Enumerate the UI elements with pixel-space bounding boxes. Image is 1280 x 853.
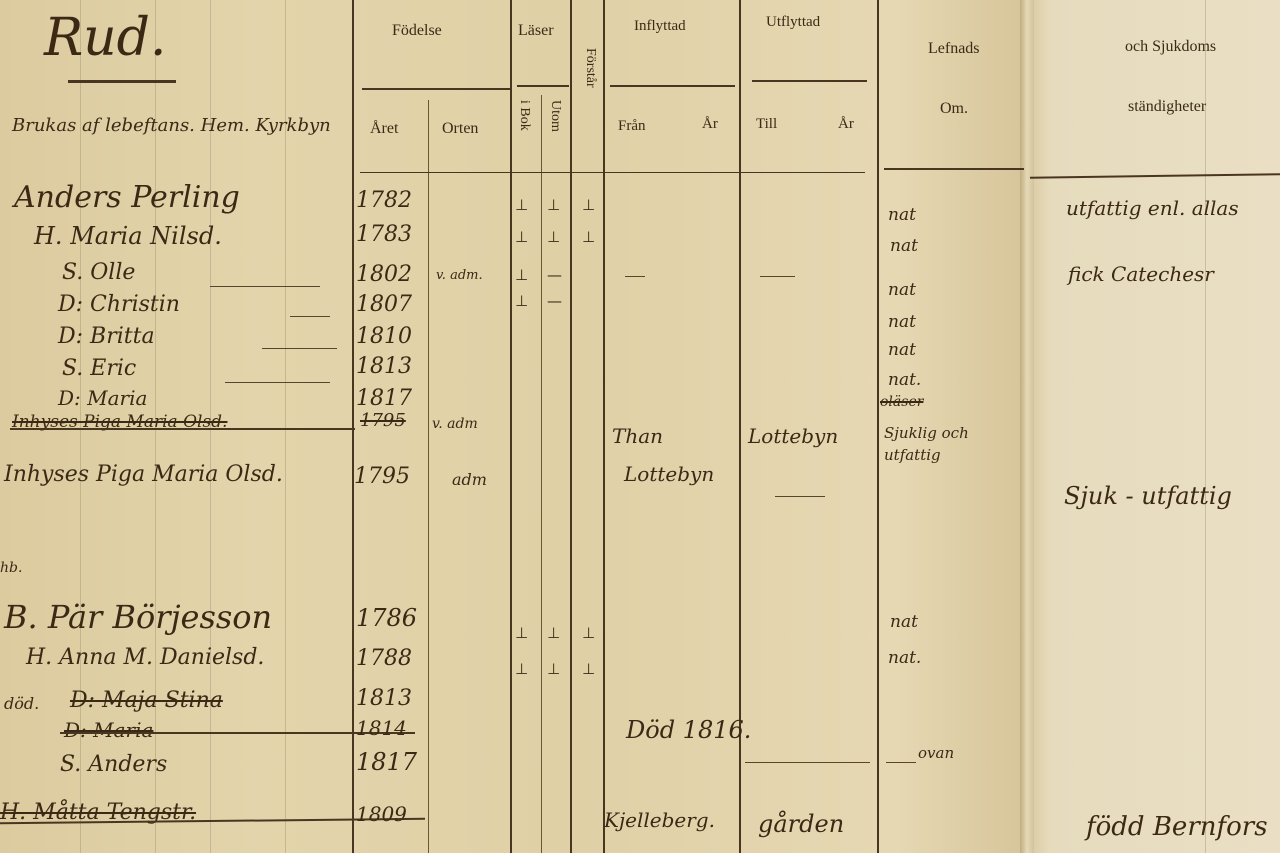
header-rule <box>752 80 867 82</box>
conduct-note: oläser <box>880 394 923 410</box>
death-note: Död 1816. <box>626 716 751 744</box>
death-mark: död. <box>4 694 39 713</box>
column-rule <box>877 0 879 853</box>
birth-place: adm <box>452 470 487 489</box>
reading-mark-forstar: ⊥ <box>582 228 595 246</box>
conduct-note: nat <box>890 612 918 632</box>
header-sjukdoms: och Sjukdoms <box>1125 38 1216 56</box>
conduct-note: nat <box>888 340 916 360</box>
dash <box>625 276 645 277</box>
birth-year: 1795 <box>354 464 410 489</box>
entry-name: H. Anna M. Danielsd. <box>26 645 264 670</box>
section-mark: hb. <box>0 560 22 576</box>
reading-mark-i-bok: ⊥ <box>515 624 528 642</box>
column-rule <box>510 0 512 853</box>
reading-mark-i-bok: ⊥ <box>515 266 528 284</box>
entry-name: D: Christin <box>58 292 180 317</box>
entry-name: D: Maria <box>58 386 147 410</box>
header-forstar: Förstår <box>582 48 598 88</box>
header-om: Om. <box>940 100 968 118</box>
dash <box>775 496 825 497</box>
birth-year: 1782 <box>356 188 412 213</box>
entry-name: B. Pär Börjesson <box>4 598 272 636</box>
title-underline <box>68 80 176 83</box>
reading-mark-utom: ⊥ <box>547 624 560 642</box>
remark: Sjuk - utfattig <box>1064 482 1232 510</box>
entry-name: D: Britta <box>58 324 155 349</box>
header-fran: Från <box>618 118 646 135</box>
faint-rule <box>1205 0 1206 853</box>
conduct-note: nat <box>888 280 916 300</box>
conduct-note: nat <box>888 312 916 332</box>
remark: utfattig enl. allas <box>1066 196 1239 220</box>
entry-name: S. Anders <box>60 752 167 777</box>
entry-name: S. Eric <box>62 356 136 381</box>
farm-title: Rud. <box>44 8 166 68</box>
dash <box>210 286 320 287</box>
header-till: Till <box>756 116 777 133</box>
reading-mark-utom: ⊥ <box>547 196 560 214</box>
conduct-note: Sjuklig och utfattig <box>884 422 1024 466</box>
header-inflyttad: Inflyttad <box>634 18 686 35</box>
birth-year: 1788 <box>356 646 412 671</box>
header-ar-ut: År <box>838 116 854 133</box>
birth-year: 1786 <box>356 604 417 632</box>
column-rule <box>352 0 354 853</box>
moved-from: Kjelleberg. <box>604 808 715 832</box>
header-rule <box>1030 173 1280 178</box>
moved-to: Lottebyn <box>748 424 838 448</box>
entry-name-struck: D: Maria <box>64 718 153 742</box>
dash <box>760 276 795 277</box>
header-rule <box>610 85 735 87</box>
header-rule <box>517 85 569 87</box>
entry-name: Brukas af lebeftans. Hem. Kyrkbyn <box>12 115 331 136</box>
reading-mark-forstar: ⊥ <box>582 196 595 214</box>
reading-mark-i-bok: ⊥ <box>515 196 528 214</box>
reading-mark-forstar: ⊥ <box>582 624 595 642</box>
dash <box>886 762 916 763</box>
strike-line <box>10 428 355 430</box>
birth-year: 1807 <box>356 292 412 317</box>
column-rule <box>603 0 605 853</box>
reading-mark-utom: ⊥ <box>547 660 560 678</box>
moved-from: Lottebyn <box>624 462 714 486</box>
birth-year: 1783 <box>356 222 412 247</box>
dash <box>225 382 330 383</box>
header-orten: Orten <box>442 120 478 138</box>
conduct-note: ovan <box>918 744 954 762</box>
header-rule <box>884 168 1024 170</box>
conduct-note: nat. <box>888 648 921 668</box>
column-rule <box>428 100 429 853</box>
header-utom: Utom <box>547 100 563 132</box>
header-ar-in: År <box>702 116 718 133</box>
dash <box>745 762 870 763</box>
reading-mark-utom: ⊥ <box>547 228 560 246</box>
reading-mark-i-bok: ⊥ <box>515 660 528 678</box>
birth-year: 1813 <box>356 686 412 711</box>
reading-mark-forstar: ⊥ <box>582 660 595 678</box>
birth-year: 1810 <box>356 324 412 349</box>
entry-name: Inhyses Piga Maria Olsd. <box>4 462 283 487</box>
entry-name-struck: D: Maja Stina <box>70 688 223 713</box>
reading-mark-i-bok: ⊥ <box>515 228 528 246</box>
header-rule <box>360 172 865 173</box>
header-aret: Året <box>370 120 398 138</box>
entry-name: Anders Perling <box>14 180 240 215</box>
remark: fick Catechesr <box>1068 262 1214 286</box>
birth-year: 1809 <box>356 802 407 826</box>
column-rule <box>541 95 542 853</box>
remark: född Bernfors <box>1086 812 1268 842</box>
entry-name: H. Maria Nilsd. <box>34 222 222 250</box>
header-laser: Läser <box>518 22 554 40</box>
dash <box>290 316 330 317</box>
header-standigheter: ständigheter <box>1128 98 1206 116</box>
conduct-note: nat <box>888 205 916 225</box>
birth-place: v. adm <box>432 416 478 432</box>
conduct-note: nat. <box>888 370 921 390</box>
birth-year: 1817 <box>356 386 412 411</box>
birth-place: v. adm. <box>436 268 483 283</box>
header-lefnads: Lefnads <box>928 40 980 58</box>
header-i-bok: i Bok <box>516 100 532 131</box>
birth-year: 1813 <box>356 354 412 379</box>
header-utflyttad: Utflyttad <box>766 14 820 31</box>
column-rule <box>570 0 572 853</box>
birth-year: 1802 <box>356 262 412 287</box>
header-rule <box>362 88 510 90</box>
birth-year: 1817 <box>356 748 417 776</box>
birth-year: 1795 <box>360 410 406 431</box>
reading-mark-i-bok: ⊥ <box>515 292 528 310</box>
dash <box>262 348 337 349</box>
reading-mark-utom: — <box>547 266 562 284</box>
header-fodelse: Födelse <box>392 22 442 40</box>
reading-mark-utom: — <box>547 292 562 310</box>
moved-to: gården <box>758 810 844 838</box>
moved-from: Than <box>612 424 663 448</box>
birth-year: 1814 <box>356 716 407 740</box>
conduct-note: nat <box>890 236 918 256</box>
register-page: Födelse Året Orten Läser i Bok Utom Förs… <box>0 0 1280 853</box>
entry-name: S. Olle <box>62 260 135 285</box>
